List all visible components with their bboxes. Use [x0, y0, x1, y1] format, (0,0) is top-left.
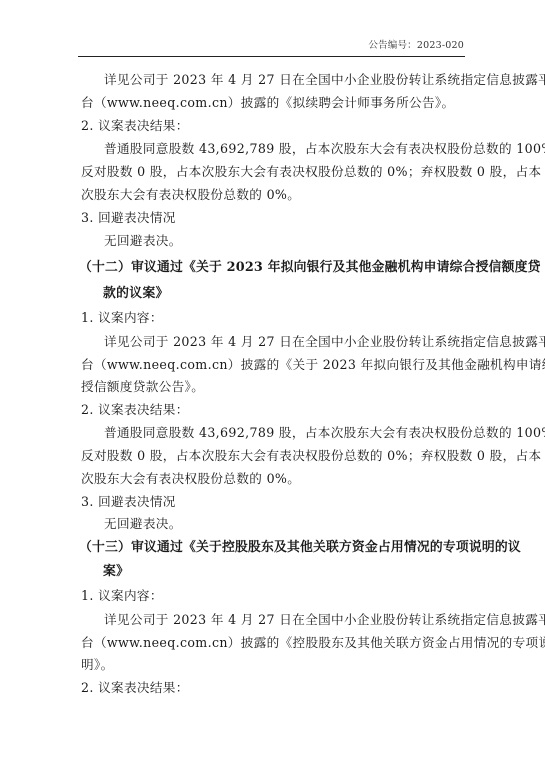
paragraph-line: 授信额度贷款公告》。	[81, 379, 465, 395]
paragraph-line: 明》。	[81, 657, 465, 673]
announcement-number: 公告编号：2023-020	[368, 37, 464, 51]
subsection-label: 2. 议案表决结果：	[81, 118, 465, 134]
section-heading-continuation: 案》	[103, 564, 487, 580]
paragraph-line: 次股东大会有表决权股份总数的 0%。	[81, 471, 465, 487]
paragraph-line: 普通股同意股数 43,692,789 股，占本次股东大会有表决权股份总数的 10…	[104, 141, 488, 157]
paragraph-line: 反对股数 0 股，占本次股东大会有表决权股份总数的 0%；弃权股数 0 股，占本	[81, 164, 465, 180]
paragraph-line: 普通股同意股数 43,692,789 股，占本次股东大会有表决权股份总数的 10…	[104, 425, 488, 441]
subsection-label: 1. 议案内容：	[81, 588, 465, 604]
paragraph-line: 详见公司于 2023 年 4 月 27 日在全国中小企业股份转让系统指定信息披露…	[104, 334, 488, 350]
paragraph-line: 台（www.neeq.com.cn）披露的《控股股东及其他关联方资金占用情况的专…	[81, 635, 465, 651]
paragraph-line: 无回避表决。	[104, 516, 488, 532]
section-heading: （十三）审议通过《关于控股股东及其他关联方资金占用情况的专项说明的议	[79, 540, 463, 556]
section-heading-continuation: 款的议案》	[103, 286, 487, 302]
paragraph-line: 台（www.neeq.com.cn）披露的《拟续聘会计师事务所公告》。	[81, 95, 465, 111]
paragraph-line: 台（www.neeq.com.cn）披露的《关于 2023 年拟向银行及其他金融…	[81, 357, 465, 373]
paragraph-line: 次股东大会有表决权股份总数的 0%。	[81, 187, 465, 203]
subsection-label: 2. 议案表决结果：	[81, 680, 465, 696]
subsection-label: 2. 议案表决结果：	[81, 402, 465, 418]
subsection-label: 1. 议案内容：	[81, 310, 465, 326]
header-divider	[78, 56, 465, 57]
paragraph-line: 反对股数 0 股，占本次股东大会有表决权股份总数的 0%；弃权股数 0 股，占本	[81, 448, 465, 464]
paragraph-line: 无回避表决。	[104, 233, 488, 249]
subsection-label: 3. 回避表决情况	[81, 210, 465, 226]
paragraph-line: 详见公司于 2023 年 4 月 27 日在全国中小企业股份转让系统指定信息披露…	[104, 72, 488, 88]
subsection-label: 3. 回避表决情况	[81, 494, 465, 510]
section-heading: （十二）审议通过《关于 2023 年拟向银行及其他金融机构申请综合授信额度贷	[79, 260, 463, 276]
document-page: 公告编号：2023-020 详见公司于 2023 年 4 月 27 日在全国中小…	[0, 0, 545, 771]
paragraph-line: 详见公司于 2023 年 4 月 27 日在全国中小企业股份转让系统指定信息披露…	[104, 612, 488, 628]
